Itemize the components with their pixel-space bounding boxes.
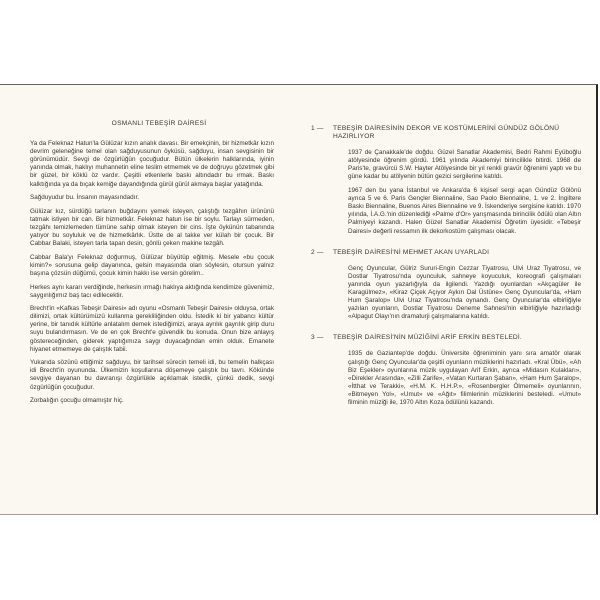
paragraph: Cabbar Bala'yı Feleknaz doğurmuş, Gülüza… — [30, 254, 274, 278]
paragraph: 1935 de Gaziantep'de doğdu. Üniversite ö… — [348, 350, 581, 407]
page-title: OSMANLI TEBEŞİR DAİRESİ — [44, 120, 274, 128]
paragraph: 1937 de Çanakkale'de doğdu. Güzel Sanatl… — [348, 149, 581, 181]
section-music: 3 — TEBEŞİR DAİRESİ'NİN MÜZİĞİNİ ARİF ER… — [311, 334, 581, 407]
section-title: TEBEŞİR DAİRESİNİN DEKOR VE KOSTÜMLERİNİ… — [333, 125, 581, 141]
left-column: OSMANLI TEBEŞİR DAİRESİ Ya da Feleknaz H… — [30, 120, 274, 411]
section-title: TEBEŞİR DAİRESİ'NİN MÜZİĞİNİ ARİF ERKİN … — [333, 334, 581, 342]
paragraph: Brecht'in «Kafkas Tebeşir Dairesi» adı o… — [30, 305, 274, 354]
section-heading: 1 — TEBEŞİR DAİRESİNİN DEKOR VE KOSTÜMLE… — [311, 125, 581, 141]
paragraph: 1967 den bu yana İstanbul ve Ankara'da 6… — [348, 187, 581, 236]
paragraph: Gülüzar kız, sürdüğü tarlanın buğdayını … — [30, 208, 274, 248]
section-heading: 3 — TEBEŞİR DAİRESİ'NİN MÜZİĞİNİ ARİF ER… — [311, 334, 581, 342]
paragraph: Herkes aynı kararı verdiğinde, herkesin … — [30, 284, 274, 300]
section-adaptation: 2 — TEBEŞİR DAİRESİ'Nİ MEHMET AKAN UYARL… — [311, 249, 581, 322]
biography: 1935 de Gaziantep'de doğdu. Üniversite ö… — [348, 350, 581, 407]
biography: Genç Oyuncular, Gülriz Sururi-Engin Cezz… — [348, 265, 581, 322]
program-sheet: OSMANLI TEBEŞİR DAİRESİ Ya da Feleknaz H… — [0, 84, 598, 515]
paragraph: Sağduyudur bu. İnsanın mayasındadır. — [30, 194, 274, 202]
paragraph: Yukarıda sözünü ettiğimiz sağduyu, bir t… — [30, 359, 274, 391]
section-number: 1 — — [311, 125, 333, 141]
section-title: TEBEŞİR DAİRESİ'Nİ MEHMET AKAN UYARLADI — [333, 249, 581, 257]
section-number: 2 — — [311, 249, 333, 257]
section-decor-costumes: 1 — TEBEŞİR DAİRESİNİN DEKOR VE KOSTÜMLE… — [311, 125, 581, 236]
biography: 1937 de Çanakkale'de doğdu. Güzel Sanatl… — [348, 149, 581, 235]
paragraph: Ya da Feleknaz Hatun'la Gülüzar kızın an… — [30, 140, 274, 189]
paragraph: Zorbalığın çocuğu olmamıştır hiç. — [30, 397, 274, 405]
paragraph: Genç Oyuncular, Gülriz Sururi-Engin Cezz… — [348, 265, 581, 322]
right-column: 1 — TEBEŞİR DAİRESİNİN DEKOR VE KOSTÜMLE… — [311, 125, 581, 420]
section-heading: 2 — TEBEŞİR DAİRESİ'Nİ MEHMET AKAN UYARL… — [311, 249, 581, 257]
section-number: 3 — — [311, 334, 333, 342]
